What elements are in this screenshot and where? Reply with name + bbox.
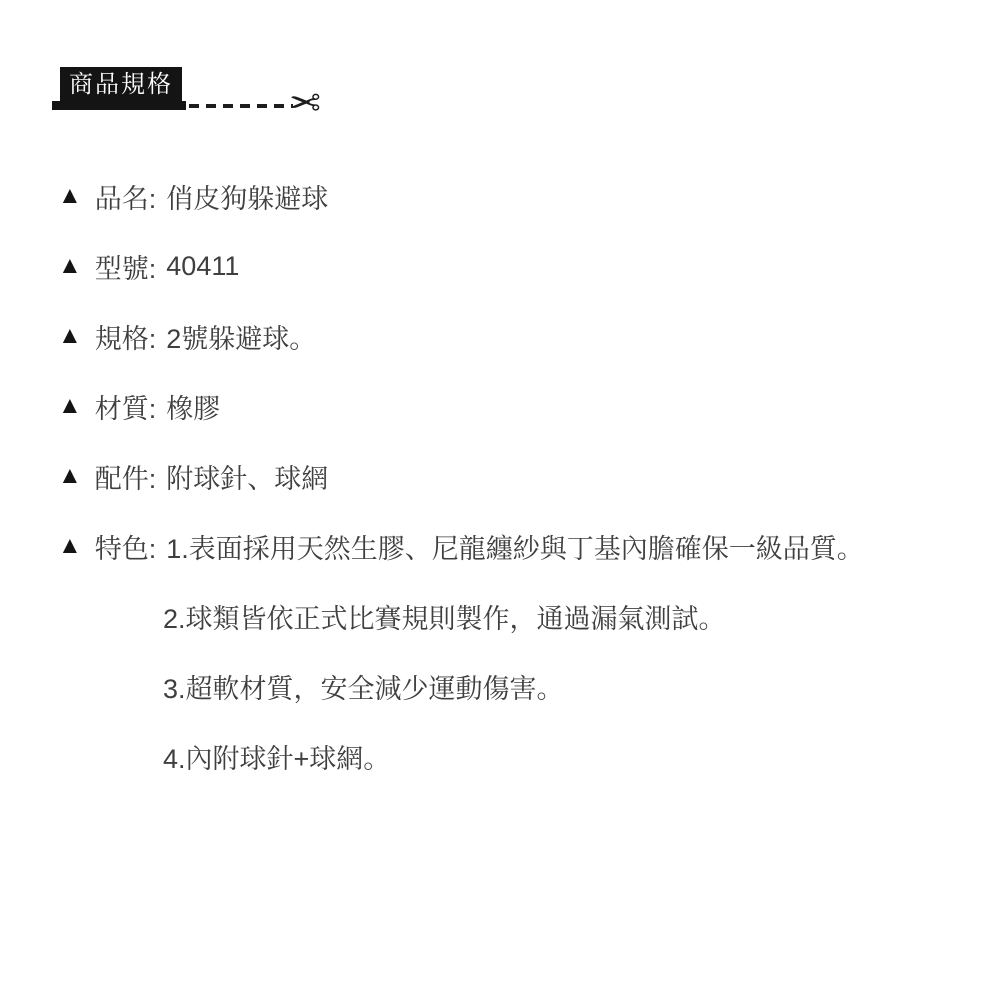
- spec-label: 規格:: [95, 317, 157, 356]
- spec-value: 40411: [166, 251, 239, 282]
- spec-value: 附球針、球網: [166, 457, 328, 496]
- triangle-bullet-icon: ▲: [58, 464, 82, 488]
- spec-label: 特色:: [95, 527, 157, 566]
- triangle-bullet-icon: ▲: [58, 324, 82, 348]
- feature-text: 4.內附球針+球網。: [163, 737, 390, 776]
- feature-text: 3.超軟材質，安全減少運動傷害。: [163, 667, 564, 706]
- spec-value: 2號躲避球。: [166, 317, 316, 356]
- dashed-cut-line: [189, 104, 293, 108]
- spec-row-accessories: ▲ 配件: 附球針、球網: [58, 460, 864, 492]
- triangle-bullet-icon: ▲: [58, 254, 82, 278]
- feature-item-1: 1.表面採用天然生膠、尼龍纏紗與丁基內膽確保一級品質。: [166, 527, 864, 566]
- feature-item-2: 2.球類皆依正式比賽規則製作，通過漏氣測試。: [163, 600, 864, 632]
- feature-item-4: 4.內附球針+球網。: [163, 740, 864, 772]
- spec-value: 俏皮狗躲避球: [166, 177, 328, 216]
- feature-text: 2.球類皆依正式比賽規則製作，通過漏氣測試。: [163, 597, 726, 636]
- triangle-bullet-icon: ▲: [58, 394, 82, 418]
- spec-row-name: ▲ 品名: 俏皮狗躲避球: [58, 180, 864, 212]
- section-title-badge: 商品規格: [60, 67, 182, 102]
- product-spec-page: 商品規格 ✂ ▲ 品名: 俏皮狗躲避球 ▲ 型號: 40411 ▲ 規格: 2號…: [0, 0, 1000, 1000]
- triangle-bullet-icon: ▲: [58, 184, 82, 208]
- spec-row-model: ▲ 型號: 40411: [58, 250, 864, 282]
- spec-value: 橡膠: [166, 387, 220, 426]
- spec-row-features: ▲ 特色: 1.表面採用天然生膠、尼龍纏紗與丁基內膽確保一級品質。: [58, 530, 864, 562]
- spec-label: 配件:: [95, 457, 157, 496]
- spec-label: 型號:: [95, 247, 157, 286]
- spec-row-material: ▲ 材質: 橡膠: [58, 390, 864, 422]
- scissors-icon: ✂: [289, 85, 321, 123]
- feature-item-3: 3.超軟材質，安全減少運動傷害。: [163, 670, 864, 702]
- badge-underline-bar: [52, 101, 186, 110]
- spec-label: 材質:: [95, 387, 157, 426]
- triangle-bullet-icon: ▲: [58, 534, 82, 558]
- spec-label: 品名:: [95, 177, 157, 216]
- spec-row-size: ▲ 規格: 2號躲避球。: [58, 320, 864, 352]
- spec-list: ▲ 品名: 俏皮狗躲避球 ▲ 型號: 40411 ▲ 規格: 2號躲避球。 ▲ …: [58, 180, 864, 810]
